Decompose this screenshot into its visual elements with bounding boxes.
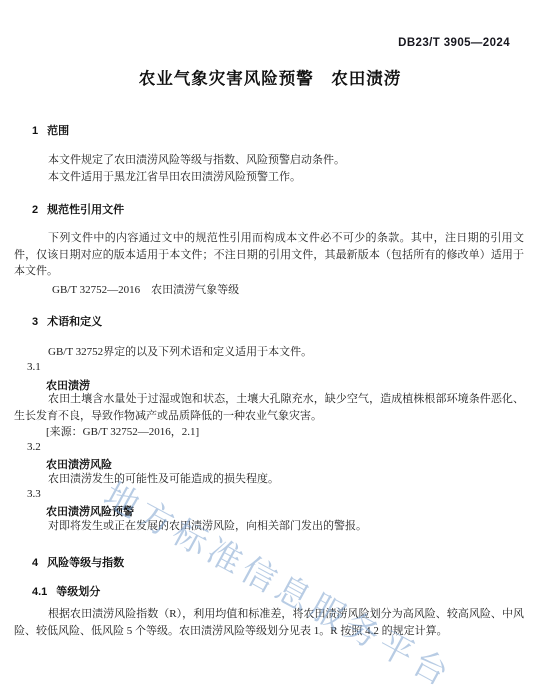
term-1-definition: 农田土壤含水量处于过湿或饱和状态，土壤大孔隙充水，缺少空气，造成植株根部环境条件… xyxy=(14,391,524,424)
clause-3-heading: 3术语和定义 xyxy=(32,313,102,329)
term-1-source: [来源：GB/T 32752—2016，2.1] xyxy=(46,423,199,439)
clause-4-number: 4 xyxy=(32,557,38,569)
clause-2-heading: 2规范性引用文件 xyxy=(32,201,124,217)
clause-3-number: 3 xyxy=(32,316,38,328)
clause-4-1-heading: 4.1等级划分 xyxy=(32,583,100,599)
term-3-name: 农田渍涝风险预警 xyxy=(46,503,134,519)
normative-reference: GB/T 32752—2016 农田渍涝气象等级 xyxy=(52,281,239,297)
clause-2-number: 2 xyxy=(32,204,38,216)
term-2-definition: 农田渍涝发生的可能性及可能造成的损失程度。 xyxy=(14,471,524,488)
clause-4-1-number: 4.1 xyxy=(32,586,47,598)
clause-4-1-paragraph: 根据农田渍涝风险指数（R），利用均值和标准差，将农田渍涝风险划分为高风险、较高风… xyxy=(14,606,524,639)
clause-3-intro: GB/T 32752界定的以及下列术语和定义适用于本文件。 xyxy=(14,344,524,361)
clause-4-heading: 4风险等级与指数 xyxy=(32,554,124,570)
clause-1-paragraph-2: 本文件适用于黑龙江省旱田农田渍涝风险预警工作。 xyxy=(14,169,524,186)
clause-4-1-title: 等级划分 xyxy=(56,586,100,598)
term-3-number: 3.3 xyxy=(27,488,41,500)
document-title: 农业气象灾害风险预警 农田渍涝 xyxy=(0,65,540,89)
term-2-name: 农田渍涝风险 xyxy=(46,456,112,472)
clause-4-title: 风险等级与指数 xyxy=(47,557,124,569)
term-2-number: 3.2 xyxy=(27,441,41,453)
standard-number: DB23/T 3905—2024 xyxy=(398,37,510,49)
watermark-text: 地方标准信息服务平台 xyxy=(97,468,463,695)
clause-2-paragraph: 下列文件中的内容通过文中的规范性引用而构成本文件必不可少的条款。其中，注日期的引… xyxy=(14,230,524,280)
standard-document-page: DB23/T 3905—2024 农业气象灾害风险预警 农田渍涝 1范围 本文件… xyxy=(0,0,540,695)
clause-3-title: 术语和定义 xyxy=(47,316,102,328)
clause-1-paragraph-1: 本文件规定了农田渍涝风险等级与指数、风险预警启动条件。 xyxy=(14,152,524,169)
term-1-number: 3.1 xyxy=(27,361,41,373)
clause-1-number: 1 xyxy=(32,125,38,137)
term-3-definition: 对即将发生或正在发展的农田渍涝风险，向相关部门发出的警报。 xyxy=(14,518,524,535)
clause-2-title: 规范性引用文件 xyxy=(47,204,124,216)
clause-1-heading: 1范围 xyxy=(32,122,69,138)
clause-1-title: 范围 xyxy=(47,125,69,137)
